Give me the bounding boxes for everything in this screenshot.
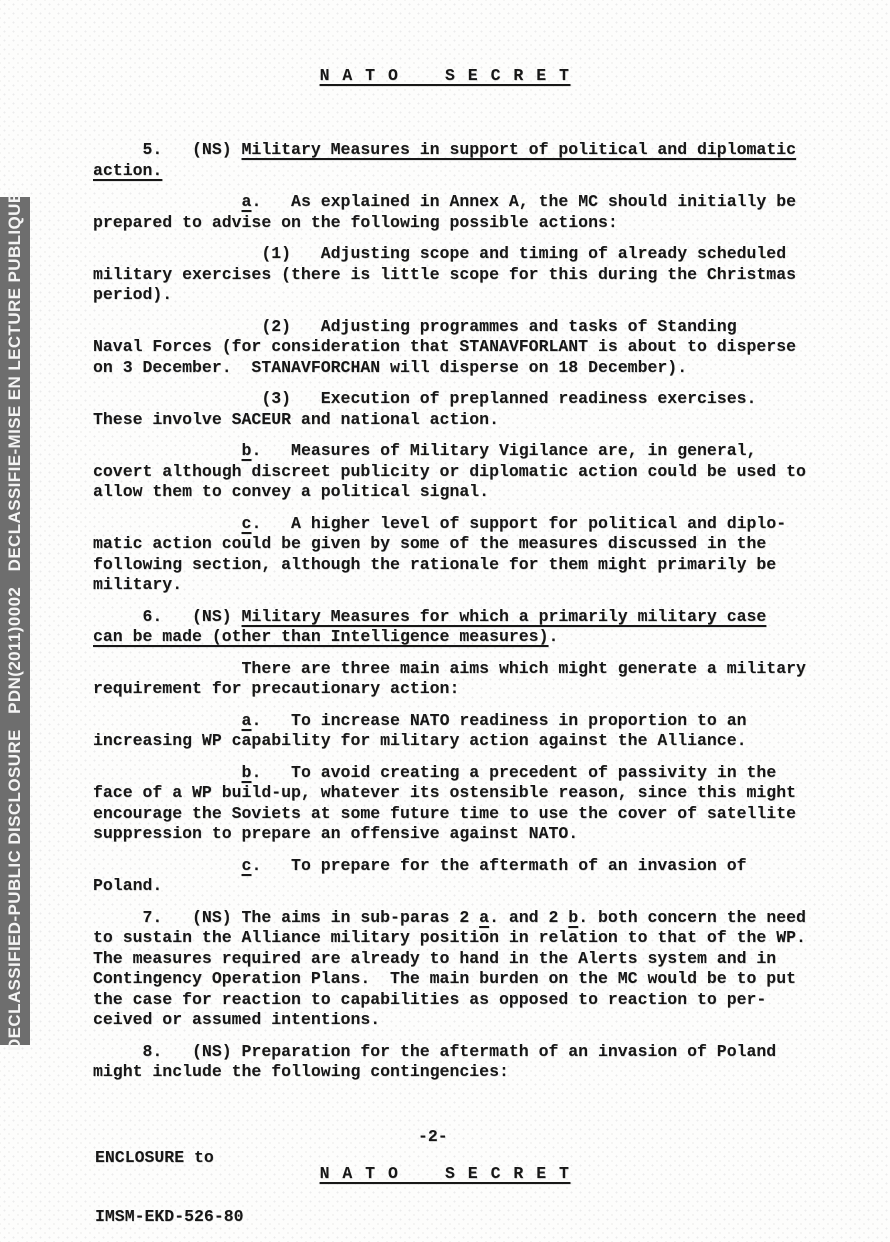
paragraph: a. As explained in Annex A, the MC shoul… [93, 192, 806, 233]
text-line: military. [93, 575, 806, 596]
text-segment: requirement for precautionary action: [93, 679, 459, 698]
paragraph: (3) Execution of preplanned readiness ex… [93, 389, 806, 430]
paragraph: 7. (NS) The aims in sub-paras 2 a. and 2… [93, 908, 806, 1031]
text-line: Poland. [93, 876, 806, 897]
text-line: 7. (NS) The aims in sub-paras 2 a. and 2… [93, 908, 806, 929]
paragraph: 8. (NS) Preparation for the aftermath of… [93, 1042, 806, 1083]
text-segment: action. [93, 161, 162, 180]
footer-classification-text: N A T O S E C R E T [320, 1164, 571, 1183]
text-line: There are three main aims which might ge… [93, 659, 806, 680]
text-line: b. To avoid creating a precedent of pass… [93, 763, 806, 784]
text-line: The measures required are already to han… [93, 949, 806, 970]
header-classification: N A T O S E C R E T [0, 66, 890, 85]
text-segment: 6. (NS) [93, 607, 242, 626]
paragraph: (1) Adjusting scope and timing of alread… [93, 244, 806, 306]
text-segment: Contingency Operation Plans. The main bu… [93, 969, 796, 988]
paragraph: c. A higher level of support for politic… [93, 514, 806, 596]
text-segment: ceived or assumed intentions. [93, 1010, 380, 1029]
text-segment: . To avoid creating a precedent of passi… [251, 763, 776, 782]
text-line: (2) Adjusting programmes and tasks of St… [93, 317, 806, 338]
paragraph: b. Measures of Military Vigilance are, i… [93, 441, 806, 503]
text-segment: . To prepare for the aftermath of an inv… [251, 856, 746, 875]
text-segment: . As explained in Annex A, the MC should… [251, 192, 796, 211]
text-line: encourage the Soviets at some future tim… [93, 804, 806, 825]
text-line: Naval Forces (for consideration that STA… [93, 337, 806, 358]
text-segment: 7. (NS) The aims in sub-paras 2 [93, 908, 479, 927]
text-segment: suppression to prepare an offensive agai… [93, 824, 578, 843]
text-segment: . and 2 [489, 908, 568, 927]
text-segment [93, 441, 242, 460]
text-segment: encourage the Soviets at some future tim… [93, 804, 796, 823]
text-segment: a [242, 711, 252, 730]
text-segment: The measures required are already to han… [93, 949, 776, 968]
text-segment: matic action could be given by some of t… [93, 534, 766, 553]
text-line: to sustain the Alliance military positio… [93, 928, 806, 949]
text-segment: 8. (NS) Preparation for the aftermath of… [93, 1042, 776, 1061]
declassification-sidebar-bar: DECLASSIFIED-PUBLIC DISCLOSURE PDN(2011)… [0, 197, 30, 1045]
text-segment: military exercises (there is little scop… [93, 265, 796, 284]
text-segment: a [242, 192, 252, 211]
text-line: period). [93, 285, 806, 306]
text-segment: b [568, 908, 578, 927]
text-segment: allow them to convey a political signal. [93, 482, 489, 501]
text-line: ceived or assumed intentions. [93, 1010, 806, 1031]
paragraph: 6. (NS) Military Measures for which a pr… [93, 607, 806, 648]
text-line: requirement for precautionary action: [93, 679, 806, 700]
text-segment: period). [93, 285, 172, 304]
paragraph: b. To avoid creating a precedent of pass… [93, 763, 806, 845]
text-segment: b [242, 763, 252, 782]
text-segment: . A higher level of support for politica… [251, 514, 786, 533]
text-segment: prepared to advise on the following poss… [93, 213, 618, 232]
text-line: on 3 December. STANAVFORCHAN will disper… [93, 358, 806, 379]
scanned-document-page: { "colors": { "ink": "#171717", "paper":… [0, 0, 890, 1242]
text-line: matic action could be given by some of t… [93, 534, 806, 555]
header-classification-text: N A T O S E C R E T [320, 66, 571, 85]
text-segment: Military Measures for which a primarily … [242, 607, 767, 626]
text-line: c. To prepare for the aftermath of an in… [93, 856, 806, 877]
text-segment: There are three main aims which might ge… [93, 659, 806, 678]
declassification-sidebar-text: DECLASSIFIED-PUBLIC DISCLOSURE PDN(2011)… [0, 197, 30, 1045]
text-line: a. As explained in Annex A, the MC shoul… [93, 192, 806, 213]
text-segment: . both concern the need [578, 908, 806, 927]
text-line: 5. (NS) Military Measures in support of … [93, 140, 806, 161]
text-segment: . Measures of Military Vigilance are, in… [251, 441, 756, 460]
text-line: (3) Execution of preplanned readiness ex… [93, 389, 806, 410]
text-line: b. Measures of Military Vigilance are, i… [93, 441, 806, 462]
paragraph: 5. (NS) Military Measures in support of … [93, 140, 806, 181]
text-segment: These involve SACEUR and national action… [93, 410, 499, 429]
text-line: might include the following contingencie… [93, 1062, 806, 1083]
text-segment: (3) Execution of preplanned readiness ex… [93, 389, 756, 408]
text-segment: (1) Adjusting scope and timing of alread… [93, 244, 786, 263]
text-segment: military. [93, 575, 182, 594]
paragraph: (2) Adjusting programmes and tasks of St… [93, 317, 806, 379]
page-number: -2- [418, 1127, 448, 1146]
text-line: Contingency Operation Plans. The main bu… [93, 969, 806, 990]
paragraph: c. To prepare for the aftermath of an in… [93, 856, 806, 897]
text-line: increasing WP capability for military ac… [93, 731, 806, 752]
text-segment: following section, although the rational… [93, 555, 776, 574]
text-segment: 5. (NS) [93, 140, 242, 159]
text-line: prepared to advise on the following poss… [93, 213, 806, 234]
paragraph: There are three main aims which might ge… [93, 659, 806, 700]
text-segment: Military Measures in support of politica… [242, 140, 797, 159]
text-segment: (2) Adjusting programmes and tasks of St… [93, 317, 737, 336]
text-segment [93, 763, 242, 782]
text-segment: to sustain the Alliance military positio… [93, 928, 806, 947]
text-segment: on 3 December. STANAVFORCHAN will disper… [93, 358, 687, 377]
text-segment [93, 856, 242, 875]
text-line: can be made (other than Intelligence mea… [93, 627, 806, 648]
text-segment: c [242, 856, 252, 875]
text-segment: face of a WP build-up, whatever its oste… [93, 783, 796, 802]
text-line: action. [93, 161, 806, 182]
text-segment: might include the following contingencie… [93, 1062, 509, 1081]
text-segment: . To increase NATO readiness in proporti… [251, 711, 746, 730]
text-line: a. To increase NATO readiness in proport… [93, 711, 806, 732]
text-segment: c [242, 514, 252, 533]
text-segment: b [242, 441, 252, 460]
text-segment: a [479, 908, 489, 927]
text-segment [93, 711, 242, 730]
text-line: These involve SACEUR and national action… [93, 410, 806, 431]
text-segment: Poland. [93, 876, 162, 895]
text-line: military exercises (there is little scop… [93, 265, 806, 286]
text-segment: Naval Forces (for consideration that STA… [93, 337, 796, 356]
text-line: the case for reaction to capabilities as… [93, 990, 806, 1011]
text-line: allow them to convey a political signal. [93, 482, 806, 503]
text-line: face of a WP build-up, whatever its oste… [93, 783, 806, 804]
text-segment: covert although discreet publicity or di… [93, 462, 806, 481]
text-line: 6. (NS) Military Measures for which a pr… [93, 607, 806, 628]
text-line: (1) Adjusting scope and timing of alread… [93, 244, 806, 265]
enclosure-line2: IMSM-EKD-526-80 [95, 1207, 244, 1227]
text-line: following section, although the rational… [93, 555, 806, 576]
text-line: covert although discreet publicity or di… [93, 462, 806, 483]
text-segment [93, 514, 242, 533]
text-segment: the case for reaction to capabilities as… [93, 990, 766, 1009]
text-segment: can be made (other than Intelligence mea… [93, 627, 548, 646]
footer-classification: N A T O S E C R E T [0, 1164, 890, 1183]
text-line: c. A higher level of support for politic… [93, 514, 806, 535]
paragraph: a. To increase NATO readiness in proport… [93, 711, 806, 752]
text-line: 8. (NS) Preparation for the aftermath of… [93, 1042, 806, 1063]
text-segment: increasing WP capability for military ac… [93, 731, 747, 750]
text-segment: . [548, 627, 558, 646]
text-segment [93, 192, 242, 211]
document-body: 5. (NS) Military Measures in support of … [93, 140, 806, 1083]
text-line: suppression to prepare an offensive agai… [93, 824, 806, 845]
